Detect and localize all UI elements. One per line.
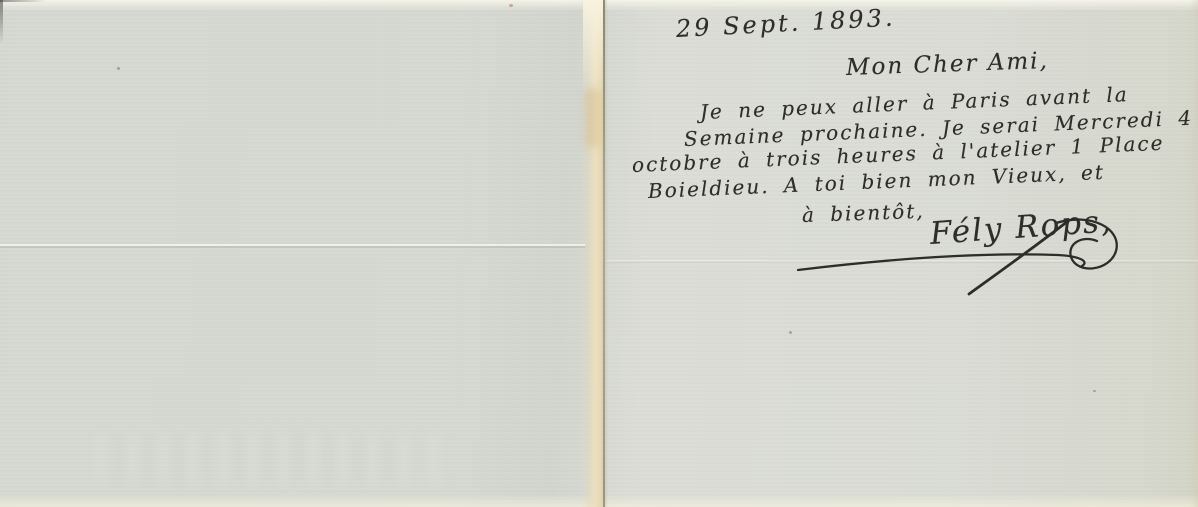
fold-shadow-line bbox=[603, 0, 605, 507]
paper-speck bbox=[509, 4, 513, 7]
scan-corner-shadow bbox=[0, 0, 46, 2]
fold-highlight bbox=[583, 0, 603, 95]
paper-speck bbox=[1093, 390, 1096, 392]
fold-stain bbox=[585, 88, 600, 148]
paper-speck bbox=[117, 67, 120, 70]
paper-speck bbox=[789, 331, 792, 334]
paper-watermark bbox=[95, 433, 445, 485]
scan-corner-shadow bbox=[0, 0, 3, 44]
scanned-letter: 29 Sept. 1893. Mon Cher Ami, Je ne peux … bbox=[0, 0, 1198, 507]
